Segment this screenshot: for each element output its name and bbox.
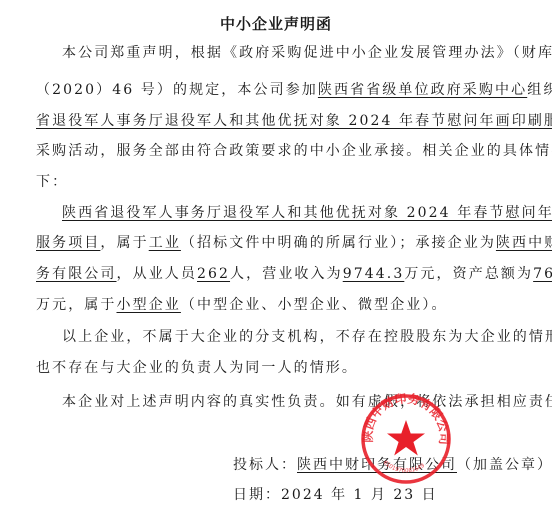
paragraph-1-line-1: 本公司郑重声明，根据《政府采购促进中小企业发展管理办法》（财库: [62, 44, 518, 62]
paragraph-3-line-1: 以上企业，不属于大企业的分支机构，不存在控股股东为大企业的情形，: [62, 328, 518, 346]
project-name-2: 陕西省退役军人事务厅退役军人和其他优抚对象 2024 年春节慰问年画印刷: [62, 205, 552, 221]
signature-line: 投标人：陕西中财印务有限公司（加盖公章）: [233, 454, 552, 474]
declaration-letter: 中小企业声明函 本公司郑重声明，根据《政府采购促进中小企业发展管理办法》（财库 …: [0, 0, 552, 516]
paragraph-2-line-4: 万元，属于小型企业（中型企业、小型企业、微型企业）。: [36, 296, 518, 314]
paragraph-2-line-3: 务有限公司，从业人员262人，营业收入为9744.3万元，资产总额为7665.5…: [36, 265, 518, 283]
industry: 工业: [149, 235, 181, 251]
date-line: 日期：2024 年 1 月 23 日: [233, 484, 438, 504]
revenue: 9744.3: [343, 266, 405, 282]
company-name: 陕西中财印: [496, 235, 552, 251]
paragraph-1-line-2: （2020）46 号）的规定，本公司参加陕西省省级单位政府采购中心组织的陕西: [36, 81, 518, 99]
enterprise-type: 小型企业: [117, 297, 181, 313]
procurement-center: 陕西省省级单位政府采购中心: [318, 82, 527, 98]
employees: 262: [197, 266, 230, 282]
paragraph-3-line-2: 也不存在与大企业的负责人为同一人的情形。: [36, 359, 518, 377]
paragraph-2-line-2: 服务项目，属于工业（招标文件中明确的所属行业）；承接企业为陕西中财印: [36, 234, 518, 252]
bidder-company: 陕西中财印务有限公司: [297, 457, 457, 473]
project-name: 省退役军人事务厅退役军人和其他优抚对象 2024 年春节慰问年画印刷服务项目: [36, 113, 552, 129]
paragraph-1-line-4: 采购活动，服务全部由符合政策要求的中小企业承接。相关企业的具体情况如: [36, 142, 518, 160]
paragraph-1-line-5: 下：: [36, 173, 518, 191]
document-title: 中小企业声明函: [0, 13, 552, 34]
total-assets: 7665.57: [533, 266, 552, 282]
paragraph-4: 本企业对上述声明内容的真实性负责。如有虚假，将依法承担相应责任。: [62, 393, 518, 411]
paragraph-1-line-3: 省退役军人事务厅退役军人和其他优抚对象 2024 年春节慰问年画印刷服务项目: [36, 112, 518, 130]
paragraph-2-line-1: 陕西省退役军人事务厅退役军人和其他优抚对象 2024 年春节慰问年画印刷: [62, 204, 518, 222]
